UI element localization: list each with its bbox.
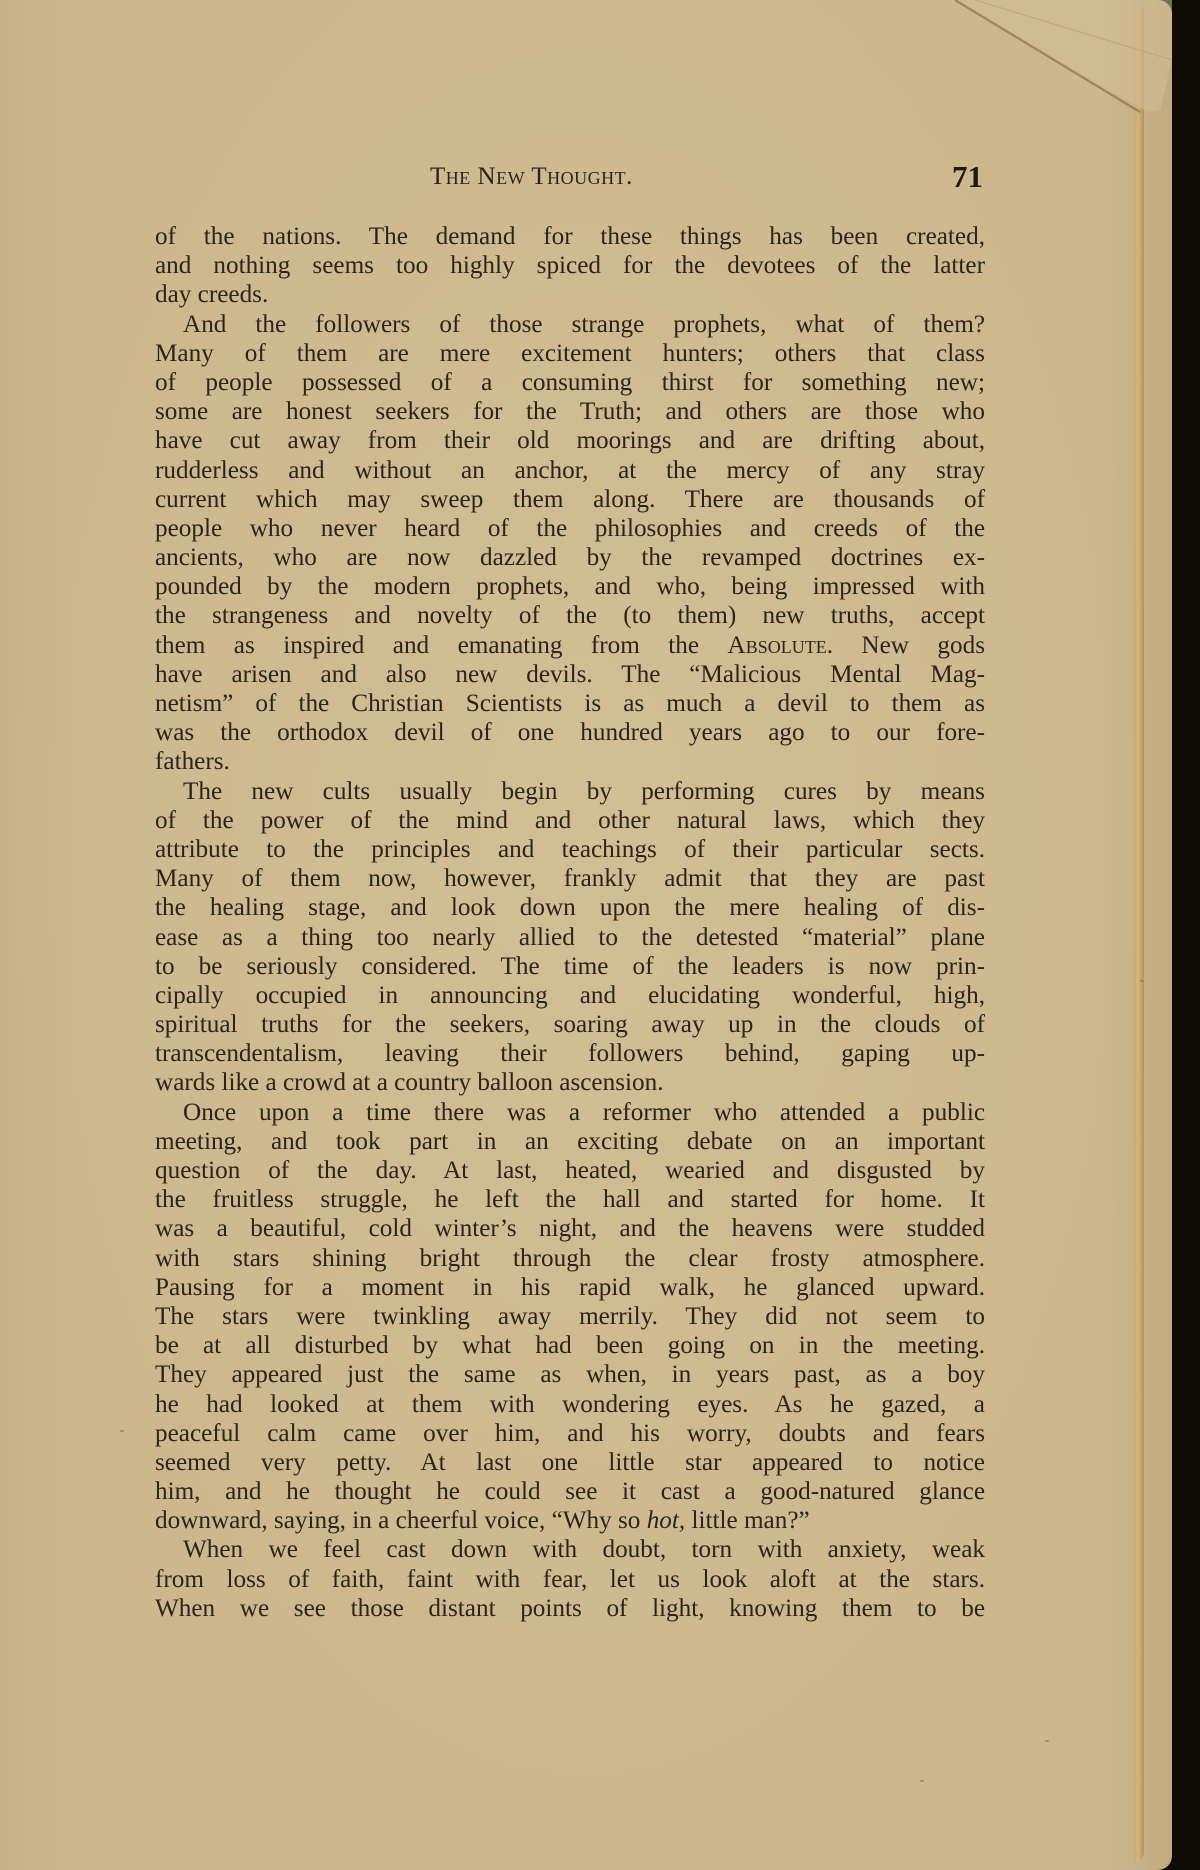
text-line: downward, saying, in a cheerful voice, “… [155, 1506, 985, 1535]
paper-speck [1045, 1740, 1049, 1742]
text-line: be at all disturbed by what had been goi… [155, 1331, 985, 1360]
text-line: was the orthodox devil of one hundred ye… [155, 718, 985, 747]
text-line: ease as a thing too nearly allied to the… [155, 923, 985, 952]
text-line: with stars shining bright through the cl… [155, 1244, 985, 1273]
text-line: of the power of the mind and other natur… [155, 806, 985, 835]
running-title: The New Thought. [430, 163, 633, 191]
running-head: The New Thought. 71 [0, 159, 1172, 199]
text-line: and nothing seems too highly spiced for … [155, 251, 985, 280]
text-line: pounded by the modern prophets, and who,… [155, 572, 985, 601]
text-line: to be seriously considered. The time of … [155, 952, 985, 981]
paper-speck [120, 1430, 124, 1432]
text-line: They appeared just the same as when, in … [155, 1360, 985, 1389]
text-line: rudderless and without an anchor, at the… [155, 456, 985, 485]
text-line: of the nations. The demand for these thi… [155, 222, 985, 251]
small-caps-term: Absolute [728, 632, 827, 659]
text-segment: . New gods [827, 632, 985, 659]
body-text: of the nations. The demand for these thi… [155, 222, 985, 1623]
text-line: netism” of the Christian Scientists is a… [155, 689, 985, 718]
text-line: ancients, who are now dazzled by the rev… [155, 543, 985, 572]
text-line: attribute to the principles and teaching… [155, 835, 985, 864]
text-line: day creeds. [155, 280, 985, 309]
text-line: wards like a crowd at a country balloon … [155, 1068, 985, 1097]
text-line: current which may sweep them along. Ther… [155, 485, 985, 514]
book-page: The New Thought. 71 of the nations. The … [0, 0, 1172, 1870]
text-line: of people possessed of a consuming thirs… [155, 368, 985, 397]
text-line: Once upon a time there was a reformer wh… [155, 1098, 985, 1127]
text-segment: downward, saying, in a cheerful voice, “… [155, 1507, 647, 1534]
text-line: spiritual truths for the seekers, soarin… [155, 1010, 985, 1039]
text-line: have cut away from their old moorings an… [155, 426, 985, 455]
text-line: transcendentalism, leaving their followe… [155, 1039, 985, 1068]
text-line: the healing stage, and look down upon th… [155, 893, 985, 922]
text-line: them as inspired and emanating from the … [155, 631, 985, 660]
text-segment: them as inspired and emanating from the [155, 632, 728, 659]
text-line: was a beautiful, cold winter’s night, an… [155, 1214, 985, 1243]
paper-speck [920, 1780, 924, 1782]
italic-emphasis: hot, [647, 1507, 685, 1534]
text-line: When we feel cast down with doubt, torn … [155, 1535, 985, 1564]
text-line: people who never heard of the philosophi… [155, 514, 985, 543]
text-segment: little man?” [685, 1507, 810, 1534]
page-edge [1134, 4, 1144, 1862]
text-line: have arisen and also new devils. The “Ma… [155, 660, 985, 689]
text-line: seemed very petty. At last one little st… [155, 1448, 985, 1477]
page-number: 71 [952, 159, 983, 195]
text-line: question of the day. At last, heated, we… [155, 1156, 985, 1185]
text-line: he had looked at them with wondering eye… [155, 1390, 985, 1419]
text-line: the fruitless struggle, he left the hall… [155, 1185, 985, 1214]
text-line: The new cults usually begin by performin… [155, 777, 985, 806]
text-line: Pausing for a moment in his rapid walk, … [155, 1273, 985, 1302]
text-line: peaceful calm came over him, and his wor… [155, 1419, 985, 1448]
text-line: fathers. [155, 747, 985, 776]
text-line: him, and he thought he could see it cast… [155, 1477, 985, 1506]
text-line: When we see those distant points of ligh… [155, 1594, 985, 1623]
text-line: Many of them now, however, frankly admit… [155, 864, 985, 893]
text-line: the strangeness and novelty of the (to t… [155, 601, 985, 630]
text-line: cipally occupied in announcing and eluci… [155, 981, 985, 1010]
text-line: some are honest seekers for the Truth; a… [155, 397, 985, 426]
text-line: Many of them are mere excitement hunters… [155, 339, 985, 368]
text-line: meeting, and took part in an exciting de… [155, 1127, 985, 1156]
text-line: And the followers of those strange proph… [155, 310, 985, 339]
text-line: The stars were twinkling away merrily. T… [155, 1302, 985, 1331]
text-line: from loss of faith, faint with fear, let… [155, 1565, 985, 1594]
